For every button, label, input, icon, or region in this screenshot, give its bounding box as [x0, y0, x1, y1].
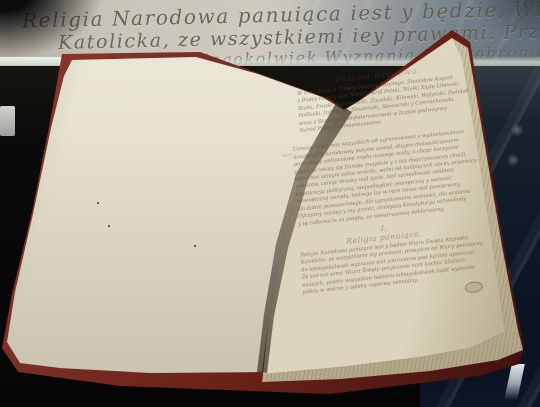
ink-speck — [97, 202, 99, 204]
embossed-seal — [464, 281, 483, 294]
handwritten-page-text: Ustawa Rządowa. W Imię Boga w Tróycy Świ… — [288, 59, 508, 379]
ink-speck — [108, 225, 110, 227]
handwritten-paragraph: Uznaiąc iż los nas wszystkich od ugrunto… — [293, 127, 488, 228]
museum-display-photo: Religia Narodowa panuiąca iest y będzie,… — [0, 0, 540, 407]
ink-speck — [194, 245, 196, 247]
manuscript-book: Ustawa Rządowa. W Imię Boga w Tróycy Świ… — [0, 0, 540, 407]
